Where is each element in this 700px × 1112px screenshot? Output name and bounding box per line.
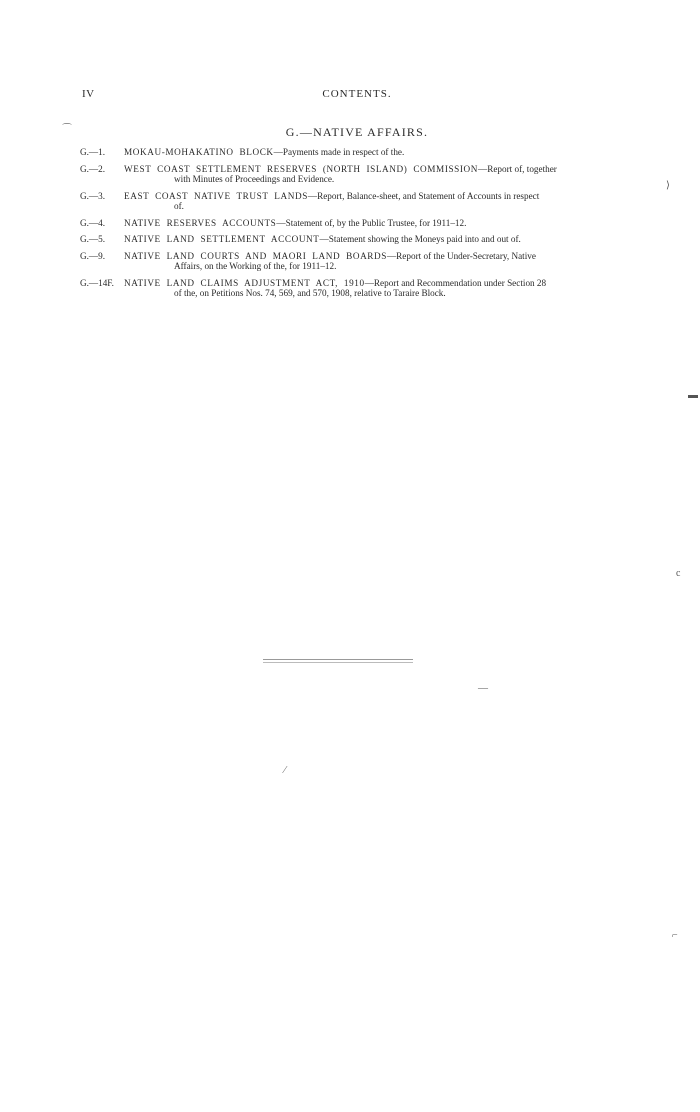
entry-title: NATIVE LAND SETTLEMENT ACCOUNT [124, 234, 320, 244]
scan-mark: ⌒ [62, 120, 72, 135]
entry-continuation: with Minutes of Proceedings and Evidence… [124, 174, 602, 185]
scan-mark: — [478, 683, 488, 694]
divider-rule [263, 662, 413, 663]
entry-code: G.—5. [80, 234, 124, 245]
contents-list: G.—1. MOKAU-MOHAKATINO BLOCK—Payments ma… [80, 147, 602, 305]
entry-title: NATIVE LAND COURTS AND MAORI LAND BOARDS [124, 251, 387, 261]
entry-title: WEST COAST SETTLEMENT RESERVES (NORTH IS… [124, 164, 478, 174]
contents-entry: G.—1. MOKAU-MOHAKATINO BLOCK—Payments ma… [80, 147, 602, 158]
scan-mark: c [676, 568, 680, 579]
entry-code: G.—3. [80, 191, 124, 212]
entry-title: NATIVE LAND CLAIMS ADJUSTMENT ACT, 1910 [124, 278, 365, 288]
entry-description: —Statement showing the Moneys paid into … [320, 234, 521, 244]
entry-code: G.—1. [80, 147, 124, 158]
entry-continuation: of the, on Petitions Nos. 74, 569, and 5… [124, 288, 602, 299]
entry-code: G.—4. [80, 218, 124, 229]
scan-mark: ▬ [688, 390, 698, 401]
entry-title: EAST COAST NATIVE TRUST LANDS [124, 191, 308, 201]
scan-mark: ⟩ [666, 180, 670, 191]
entry-continuation: Affairs, on the Working of the, for 1911… [124, 261, 602, 272]
scan-mark: ⁄ [284, 765, 286, 776]
entry-description: —Report of the Under-Secretary, Native [387, 251, 536, 261]
divider-rule [263, 659, 413, 660]
contents-entry: G.—9. NATIVE LAND COURTS AND MAORI LAND … [80, 251, 602, 272]
contents-entry: G.—5. NATIVE LAND SETTLEMENT ACCOUNT—Sta… [80, 234, 602, 245]
entry-code: G.—2. [80, 164, 124, 185]
entry-description: —Report of, together [478, 164, 557, 174]
entry-title: NATIVE RESERVES ACCOUNTS [124, 218, 276, 228]
entry-code: G.—9. [80, 251, 124, 272]
contents-entry: G.—4. NATIVE RESERVES ACCOUNTS—Statement… [80, 218, 602, 229]
running-head: CONTENTS. [0, 88, 700, 100]
scan-mark: ⌐ [672, 930, 678, 941]
entry-description: —Report and Recommendation under Section… [365, 278, 546, 288]
contents-entry: G.—3. EAST COAST NATIVE TRUST LANDS—Repo… [80, 191, 602, 212]
section-title: G.—NATIVE AFFAIRS. [0, 125, 700, 140]
entry-code: G.—14F. [80, 278, 124, 299]
entry-continuation: of. [124, 201, 602, 212]
entry-description: —Report, Balance-sheet, and Statement of… [308, 191, 539, 201]
contents-entry: G.—2. WEST COAST SETTLEMENT RESERVES (NO… [80, 164, 602, 185]
entry-description: —Payments made in respect of the. [274, 147, 405, 157]
entry-description: —Statement of, by the Public Trustee, fo… [276, 218, 466, 228]
contents-entry: G.—14F. NATIVE LAND CLAIMS ADJUSTMENT AC… [80, 278, 602, 299]
entry-title: MOKAU-MOHAKATINO BLOCK [124, 147, 274, 157]
